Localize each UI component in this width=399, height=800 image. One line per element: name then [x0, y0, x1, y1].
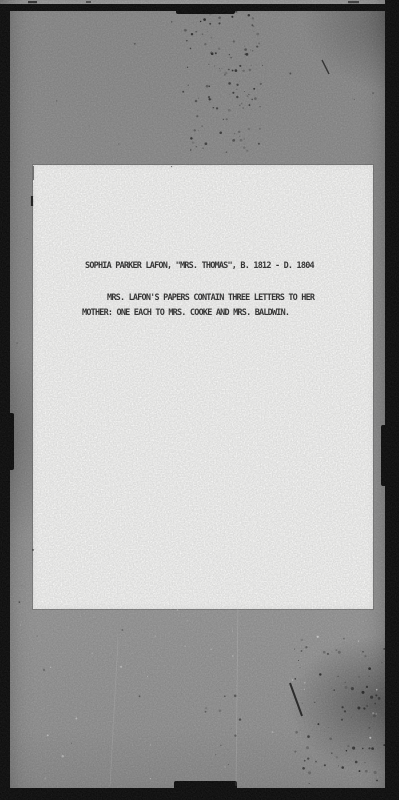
index-card: SOPHIA PARKER LAFON, "MRS. THOMAS", b. 1… [33, 165, 373, 609]
film-sprocket-notch-bottom [174, 781, 237, 800]
film-edge-left [0, 4, 10, 800]
card-paragraph-line-2: mother: one each to Mrs. Cooke and Mrs. … [82, 306, 332, 321]
card-title: SOPHIA PARKER LAFON, "MRS. THOMAS", b. 1… [85, 261, 314, 271]
film-tab-left [0, 413, 14, 470]
card-paragraph-line-1: Mrs. Lafon's papers contain three letter… [82, 291, 332, 306]
film-sprocket-notch-top [176, 4, 235, 14]
film-edge-right [385, 0, 399, 800]
film-tab-right [381, 425, 399, 486]
card-paragraph: Mrs. Lafon's papers contain three letter… [82, 291, 332, 321]
